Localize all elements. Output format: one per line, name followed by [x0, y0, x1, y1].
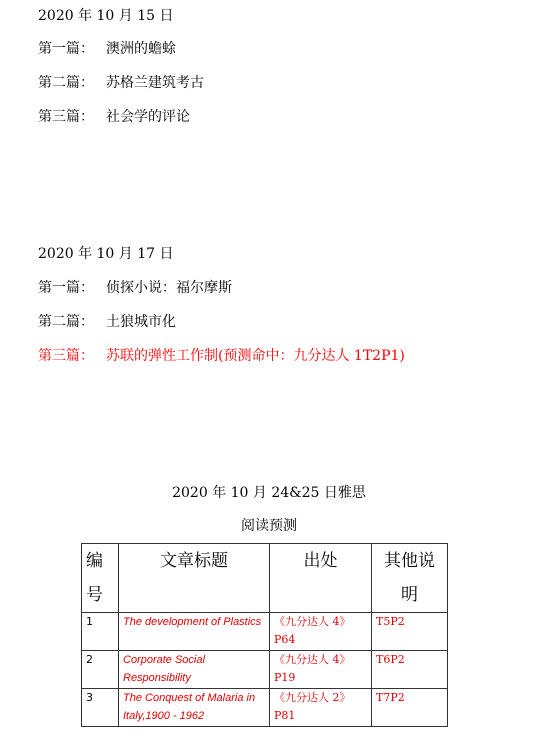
header-note: 其他说明	[372, 544, 448, 613]
row-title: The Conquest of Malaria in Italy,1900 - …	[119, 689, 270, 727]
section-2-item-2: 第二篇：土狼城市化	[38, 313, 176, 331]
item-label: 第三篇：	[38, 347, 106, 365]
table-row: 1 The development of Plastics 《九分达人 4》P6…	[82, 613, 448, 651]
table-row: 3 The Conquest of Malaria in Italy,1900 …	[82, 689, 448, 727]
table-header-row: 编号 文章标题 出处 其他说明	[82, 544, 448, 613]
item-title: 澳洲的蟾蜍	[106, 41, 176, 57]
row-title: Corporate Social Responsibility	[119, 651, 270, 689]
section-1-item-1: 第一篇：澳洲的蟾蜍	[38, 40, 176, 58]
section-1-date: 2020 年 10 月 15 日	[38, 7, 174, 25]
item-label: 第二篇：	[38, 313, 106, 331]
item-title: 社会学的评论	[106, 109, 190, 125]
row-note: T5P2	[372, 613, 448, 651]
table-row: 2 Corporate Social Responsibility 《九分达人 …	[82, 651, 448, 689]
item-title: 苏联的弹性工作制(预测命中：九分达人 1T2P1)	[106, 348, 405, 364]
item-title: 苏格兰建筑考古	[106, 75, 204, 91]
header-source: 出处	[270, 544, 372, 613]
prediction-heading: 2020 年 10 月 24&25 日雅思	[0, 484, 538, 502]
item-label: 第三篇：	[38, 108, 106, 126]
item-label: 第二篇：	[38, 74, 106, 92]
row-source: 《九分达人 2》P81	[270, 689, 372, 727]
prediction-subheading: 阅读预测	[0, 517, 538, 535]
row-source: 《九分达人 4》P19	[270, 651, 372, 689]
header-num: 编号	[82, 544, 119, 613]
section-2-date: 2020 年 10 月 17 日	[38, 245, 174, 263]
prediction-table: 编号 文章标题 出处 其他说明 1 The development of Pla…	[81, 543, 448, 727]
item-title: 侦探小说：福尔摩斯	[106, 280, 232, 296]
section-1-item-2: 第二篇：苏格兰建筑考古	[38, 74, 204, 92]
row-title: The development of Plastics	[119, 613, 270, 651]
row-source: 《九分达人 4》P64	[270, 613, 372, 651]
row-num: 3	[82, 689, 119, 727]
item-label: 第一篇：	[38, 279, 106, 297]
item-title: 土狼城市化	[106, 314, 176, 330]
header-title: 文章标题	[119, 544, 270, 613]
row-note: T6P2	[372, 651, 448, 689]
section-1-item-3: 第三篇：社会学的评论	[38, 108, 190, 126]
row-num: 1	[82, 613, 119, 651]
row-num: 2	[82, 651, 119, 689]
item-label: 第一篇：	[38, 40, 106, 58]
section-2-item-3-highlighted: 第三篇：苏联的弹性工作制(预测命中：九分达人 1T2P1)	[38, 347, 405, 365]
section-2-item-1: 第一篇：侦探小说：福尔摩斯	[38, 279, 232, 297]
row-note: T7P2	[372, 689, 448, 727]
